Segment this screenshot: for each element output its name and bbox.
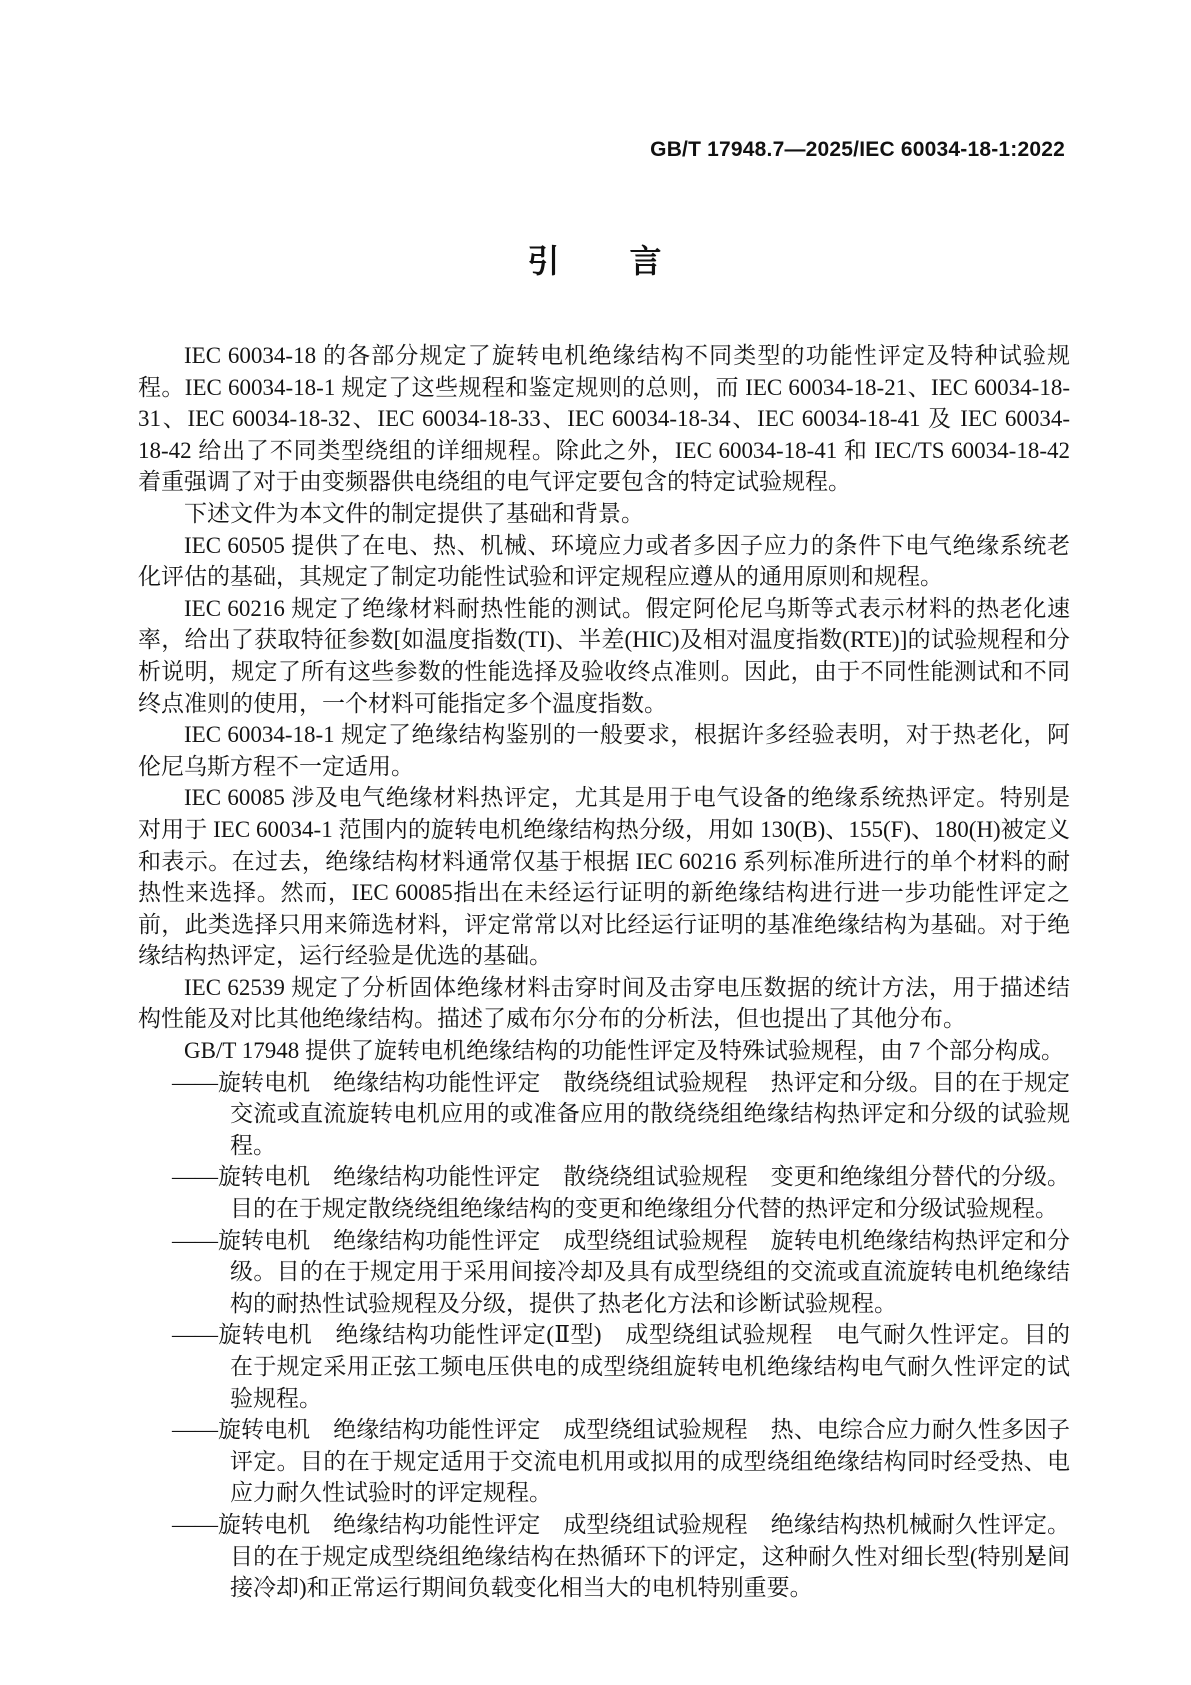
standard-number-header: GB/T 17948.7—2025/IEC 60034-18-1:2022 [650, 138, 1065, 162]
list-item: ——旋转电机 绝缘结构功能性评定(Ⅱ型) 成型绕组试验规程 电气耐久性评定。目的… [138, 1319, 1070, 1414]
paragraph: IEC 60505 提供了在电、热、机械、环境应力或者多因子应力的条件下电气绝缘… [138, 530, 1070, 593]
paragraph: IEC 60216 规定了绝缘材料耐热性能的测试。假定阿伦尼乌斯等式表示材料的热… [138, 593, 1070, 719]
paragraph: IEC 60085 涉及电气绝缘材料热评定，尤其是用于电气设备的绝缘系统热评定。… [138, 782, 1070, 972]
paragraph: 下述文件为本文件的制定提供了基础和背景。 [138, 498, 1070, 530]
list-item: ——旋转电机 绝缘结构功能性评定 成型绕组试验规程 绝缘结构热机械耐久性评定。目… [138, 1509, 1070, 1604]
paragraph: IEC 60034-18 的各部分规定了旋转电机绝缘结构不同类型的功能性评定及特… [138, 340, 1070, 498]
paragraph: IEC 60034-18-1 规定了绝缘结构鉴别的一般要求，根据许多经验表明，对… [138, 719, 1070, 782]
paragraph: IEC 62539 规定了分析固体绝缘材料击穿时间及击穿电压数据的统计方法，用于… [138, 972, 1070, 1035]
document-page: GB/T 17948.7—2025/IEC 60034-18-1:2022 引 … [0, 0, 1191, 1685]
list-item: ——旋转电机 绝缘结构功能性评定 散绕绕组试验规程 热评定和分级。目的在于规定交… [138, 1067, 1070, 1162]
list-item: ——旋转电机 绝缘结构功能性评定 成型绕组试验规程 旋转电机绝缘结构热评定和分级… [138, 1225, 1070, 1320]
list-item: ——旋转电机 绝缘结构功能性评定 散绕绕组试验规程 变更和绝缘组分替代的分级。目… [138, 1161, 1070, 1224]
paragraph: GB/T 17948 提供了旋转电机绝缘结构的功能性评定及特殊试验规程，由 7 … [138, 1035, 1070, 1067]
list-item: ——旋转电机 绝缘结构功能性评定 成型绕组试验规程 热、电综合应力耐久性多因子评… [138, 1414, 1070, 1509]
document-body: IEC 60034-18 的各部分规定了旋转电机绝缘结构不同类型的功能性评定及特… [138, 340, 1070, 1604]
page-number: V [1014, 1544, 1058, 1569]
page-title: 引 言 [0, 236, 1191, 282]
